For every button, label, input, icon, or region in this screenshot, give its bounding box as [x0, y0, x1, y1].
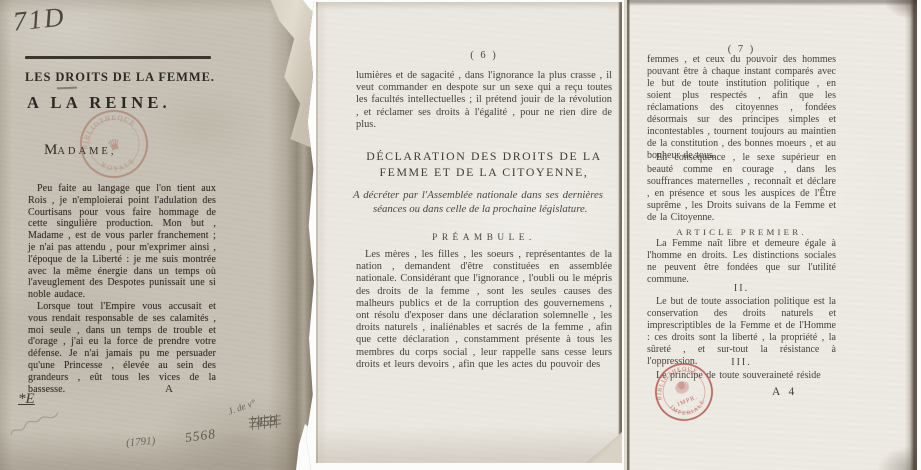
salutation-initial: M	[44, 142, 57, 158]
strikethrough-hatch	[246, 412, 283, 432]
preamble-text: Les mères , les filles , les soeurs , re…	[356, 249, 612, 371]
paragraph: Les mères , les filles , les soeurs , re…	[356, 249, 612, 371]
salutation-rest: ADAME,	[57, 146, 116, 157]
catchword: A	[165, 383, 173, 395]
paragraph: Peu faite au langage que l'on tient aux …	[28, 183, 216, 301]
torn-corner-flap	[252, 0, 314, 148]
title-rule	[25, 56, 211, 59]
declaration-heading: DÉCLARATION DES DROITS DE LA FEMME ET DE…	[356, 148, 612, 180]
page-corner-dogear	[586, 432, 622, 463]
dedication-text: Peu faite au langage que l'on tient aux …	[28, 183, 216, 395]
declaration-subheading: A décréter par l'Assemblée nationale dan…	[353, 188, 603, 216]
preamble-heading: PRÉAMBULE.	[356, 233, 612, 243]
page-number-header: ( 6 )	[356, 50, 612, 61]
paragraph: lumières et de sagacité , dans l'ignoran…	[356, 70, 612, 131]
paragraph: femmes , et ceux du pouvoir des hommes p…	[647, 54, 836, 162]
handwritten-year: (1791)	[126, 435, 156, 450]
handwritten-mark-e: *E	[18, 391, 35, 408]
handwritten-shelfmark: 71D	[12, 1, 67, 37]
faint-script-annotation	[4, 405, 70, 443]
article2-heading: II.	[647, 283, 836, 294]
page-7: ( 7 ) femmes , et ceux du pouvoir des ho…	[624, 0, 917, 470]
salutation: MADAME,	[44, 141, 116, 159]
article1-text: La Femme naît libre et demeure égale à l…	[647, 238, 836, 286]
torn-edge-notch	[296, 424, 316, 470]
pencil-underline-mark	[57, 87, 77, 90]
handwritten-inventory-number: 5568	[184, 426, 217, 446]
crossed-out-number: 7459	[249, 413, 276, 431]
declaration-heading-line1: DÉCLARATION DES DROITS DE LA	[356, 148, 612, 164]
consequence-paragraph: En conséquence , le sexe supérieur en be…	[647, 152, 836, 224]
signature-mark: A 4	[772, 386, 797, 398]
page7-continuation-paragraph: femmes , et ceux du pouvoir des hommes p…	[647, 54, 836, 162]
stamp-center-text: IMPR.	[677, 395, 699, 408]
book-title: LES DROITS DE LA FEMME.	[25, 70, 217, 85]
article1-heading: ARTICLE PREMIER.	[647, 227, 836, 237]
page6-top-paragraph: lumières et de sagacité , dans l'ignoran…	[356, 70, 612, 131]
title-page: 71D LES DROITS DE LA FEMME. A LA REINE. …	[0, 0, 314, 470]
declaration-heading-line2: FEMME ET DE LA CITOYENNE,	[356, 164, 612, 180]
page-6: ( 6 ) lumières et de sagacité , dans l'i…	[316, 2, 622, 463]
paragraph: En conséquence , le sexe supérieur en be…	[647, 152, 836, 224]
scanned-book-opening: 71D LES DROITS DE LA FEMME. A LA REINE. …	[0, 0, 921, 470]
paragraph: Lorsque tout l'Empire vous accusait et v…	[28, 301, 216, 395]
paragraph: La Femme naît libre et demeure égale à l…	[647, 238, 836, 286]
